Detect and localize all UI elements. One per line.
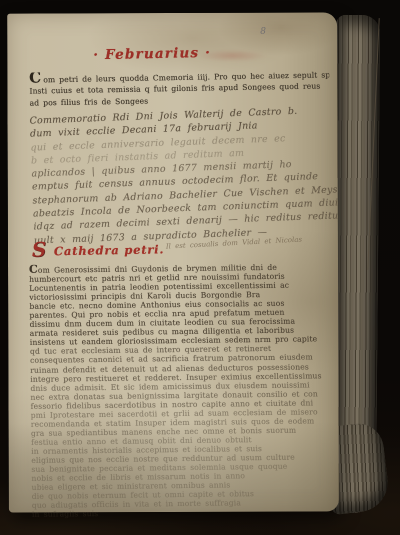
entry-paragraph-commemoratio: Commemoratio Rdi Dni Jois Walterij de Ca… — [29, 103, 339, 247]
manuscript-photo: 8 · Februarius · Com petri de leurs quod… — [0, 0, 400, 535]
section-heading: Cathedra petri. — [54, 242, 164, 258]
marginal-initial: S — [32, 237, 47, 261]
later-hand-annotation: Il est cosualis dom Vidal et Nicolas — [166, 236, 302, 251]
entry-paragraph-1: Com petri de leurs quodda Cmemoria iiij.… — [29, 67, 330, 108]
manuscript-page: 8 · Februarius · Com petri de leurs quod… — [7, 12, 339, 512]
folio-number: 8 — [260, 27, 266, 37]
month-heading-februarius: · Februarius · — [93, 45, 211, 63]
entry-paragraph-guy-de-brimeu: Com Generosissimi dni Guydonis de brymen… — [29, 261, 340, 519]
